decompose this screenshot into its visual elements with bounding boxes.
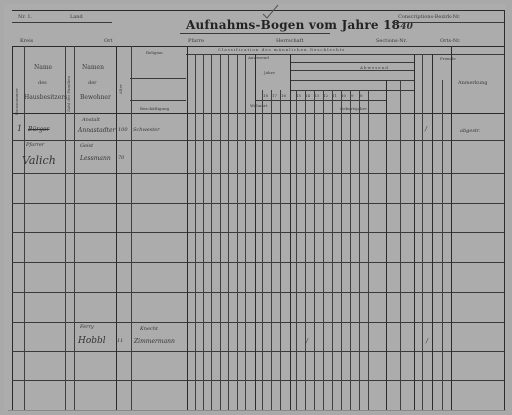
ort-label: Ort bbox=[104, 38, 113, 44]
conscription-label: Conscriptions-Bezirk-Nr. bbox=[398, 14, 460, 20]
col-rule-2 bbox=[65, 46, 66, 410]
row1-house-no: 1 bbox=[17, 124, 22, 133]
row1-remark: abgestr. bbox=[460, 128, 480, 134]
nr-underline bbox=[12, 22, 112, 23]
nr-label: Nr. 1. bbox=[18, 14, 32, 20]
herrschaft-label: Herrschaft bbox=[276, 38, 304, 44]
absent-rule-1 bbox=[290, 62, 414, 63]
row1-owner: Bürger bbox=[28, 126, 49, 133]
col-rule-1 bbox=[24, 46, 25, 410]
col-rule-19 bbox=[296, 90, 297, 410]
col-residence: Wohnort bbox=[250, 103, 267, 108]
col-families: Zahl der Familien bbox=[66, 76, 71, 112]
year-col-16: 16 bbox=[281, 93, 286, 98]
col-house-number: Hausnummer bbox=[14, 88, 19, 116]
row7-occupation: Zimmermann bbox=[134, 338, 175, 345]
row7-resident-top: Ferry bbox=[80, 324, 94, 330]
row7-tick-1: / bbox=[306, 338, 308, 345]
orts-label: Orts-Nr. bbox=[440, 38, 461, 44]
row7-resident: Hobbl bbox=[78, 336, 106, 346]
col-rule-34 bbox=[451, 46, 452, 410]
border-right bbox=[504, 10, 505, 410]
row1-occupation: Schwester bbox=[133, 127, 160, 133]
col-rule-22 bbox=[323, 90, 324, 410]
row-rule-2 bbox=[12, 173, 504, 174]
col-rule-6 bbox=[187, 46, 188, 410]
census-sheet: Nr. 1. Land Aufnahms-Bogen vom Jahre 184… bbox=[0, 0, 512, 415]
bottom-edge bbox=[8, 410, 506, 411]
row-rule-7 bbox=[12, 322, 504, 323]
col-rule-24 bbox=[341, 90, 342, 410]
absent-rule-2 bbox=[290, 70, 414, 71]
col-residents-3: Bewohner bbox=[80, 94, 111, 101]
age-col-8: 8 bbox=[360, 93, 363, 98]
kreis-label: Kreis bbox=[20, 38, 33, 44]
page-title: Aufnahms-Bogen vom Jahre 1840 bbox=[186, 18, 413, 32]
absent-rule-3 bbox=[290, 80, 414, 81]
col-rule-27 bbox=[368, 90, 369, 410]
row1-resident: Annastadter bbox=[78, 127, 115, 134]
year-col-18: 18 bbox=[263, 93, 268, 98]
col-rule-25 bbox=[350, 90, 351, 410]
col-rule-9 bbox=[211, 54, 212, 410]
row1-resident-top: Anstalt bbox=[82, 117, 100, 123]
col-residents-1: Namen bbox=[82, 64, 104, 71]
check-mark-icon bbox=[262, 4, 280, 20]
col-rule-12 bbox=[237, 54, 238, 410]
row2-owner-top: Pfarrer bbox=[26, 142, 44, 148]
col-religion: Religion bbox=[146, 50, 163, 55]
col-residents-2: der bbox=[88, 80, 97, 86]
pfarre-label: Pfarre bbox=[188, 38, 204, 44]
col-rule-33 bbox=[442, 80, 443, 410]
sections-label: Sections-Nr. bbox=[376, 38, 407, 44]
row7-tick-2: / bbox=[426, 338, 428, 345]
row-rule-5 bbox=[12, 262, 504, 263]
col-rule-10 bbox=[220, 54, 221, 410]
religion-rule bbox=[130, 78, 186, 79]
col-rule-30 bbox=[414, 54, 415, 410]
row2-age: 70 bbox=[118, 155, 124, 161]
row-rule-1 bbox=[12, 140, 504, 141]
row-rule-4 bbox=[12, 232, 504, 233]
land-label: Land bbox=[70, 14, 83, 20]
col-rule-15 bbox=[262, 90, 263, 410]
age-col-9: 9 bbox=[351, 93, 354, 98]
col-foreign: Fremde bbox=[440, 56, 456, 61]
row2-resident-top: Geist bbox=[80, 143, 93, 149]
col-rule-14 bbox=[255, 54, 256, 410]
col-age: Alter bbox=[118, 84, 123, 94]
row-rule-3 bbox=[12, 203, 504, 204]
col-ages: Jahre bbox=[264, 70, 275, 75]
col-rule-18 bbox=[290, 54, 291, 410]
col-rule-28 bbox=[386, 80, 387, 410]
col-rule-32 bbox=[432, 54, 433, 410]
conscription-underline bbox=[392, 22, 504, 23]
col-owner-3: Hausbesitzers bbox=[24, 94, 67, 101]
age-rule bbox=[256, 100, 386, 101]
col-birth-years: Geburtsjahre bbox=[340, 106, 367, 111]
header-bottom-rule bbox=[12, 113, 504, 114]
absent-rule-4 bbox=[290, 90, 414, 91]
col-remarks: Anmerkung bbox=[458, 80, 488, 86]
col-rule-29 bbox=[400, 80, 401, 410]
title-underline bbox=[180, 33, 330, 34]
row-rule-9 bbox=[12, 380, 504, 381]
col-rule-3 bbox=[74, 46, 75, 410]
col-rule-11 bbox=[228, 54, 229, 410]
col-owner-2: des bbox=[38, 80, 47, 86]
col-occupation: Beschäftigung bbox=[140, 106, 169, 111]
col-rule-21 bbox=[314, 90, 315, 410]
border-left bbox=[12, 46, 13, 410]
col-rule-5 bbox=[131, 46, 132, 410]
row1-age: 100 bbox=[118, 127, 128, 133]
col-rule-4 bbox=[116, 46, 117, 410]
col-rule-26 bbox=[359, 90, 360, 410]
col-present: Anwesend bbox=[248, 55, 269, 60]
year-suffix: 40 bbox=[400, 22, 413, 32]
row2-resident: Lessmann bbox=[80, 155, 111, 162]
row-rule-6 bbox=[12, 292, 504, 293]
row-rule-8 bbox=[12, 351, 504, 352]
row1-tick: / bbox=[425, 126, 427, 133]
title-text: Aufnahms-Bogen vom Jahre 18 bbox=[186, 18, 400, 32]
col-rule-20 bbox=[305, 90, 306, 410]
col-rule-16 bbox=[271, 90, 272, 410]
col-rule-17 bbox=[280, 90, 281, 410]
row7-occupation-top: Knecht bbox=[140, 326, 158, 332]
col-rule-13 bbox=[245, 54, 246, 410]
col-rule-7 bbox=[195, 54, 196, 410]
col-classification: Classification des männlichen Geschlecht… bbox=[218, 47, 345, 52]
row2-owner: Valich bbox=[22, 154, 56, 167]
border-top bbox=[12, 10, 504, 11]
col-rule-23 bbox=[332, 90, 333, 410]
col-rule-31 bbox=[422, 54, 423, 410]
row7-age: 11 bbox=[117, 338, 123, 344]
occupation-rule bbox=[130, 100, 186, 101]
col-rule-8 bbox=[203, 54, 204, 410]
year-col-17: 17 bbox=[272, 93, 277, 98]
col-owner-1: Name bbox=[34, 64, 52, 71]
classification-rule bbox=[186, 54, 504, 55]
